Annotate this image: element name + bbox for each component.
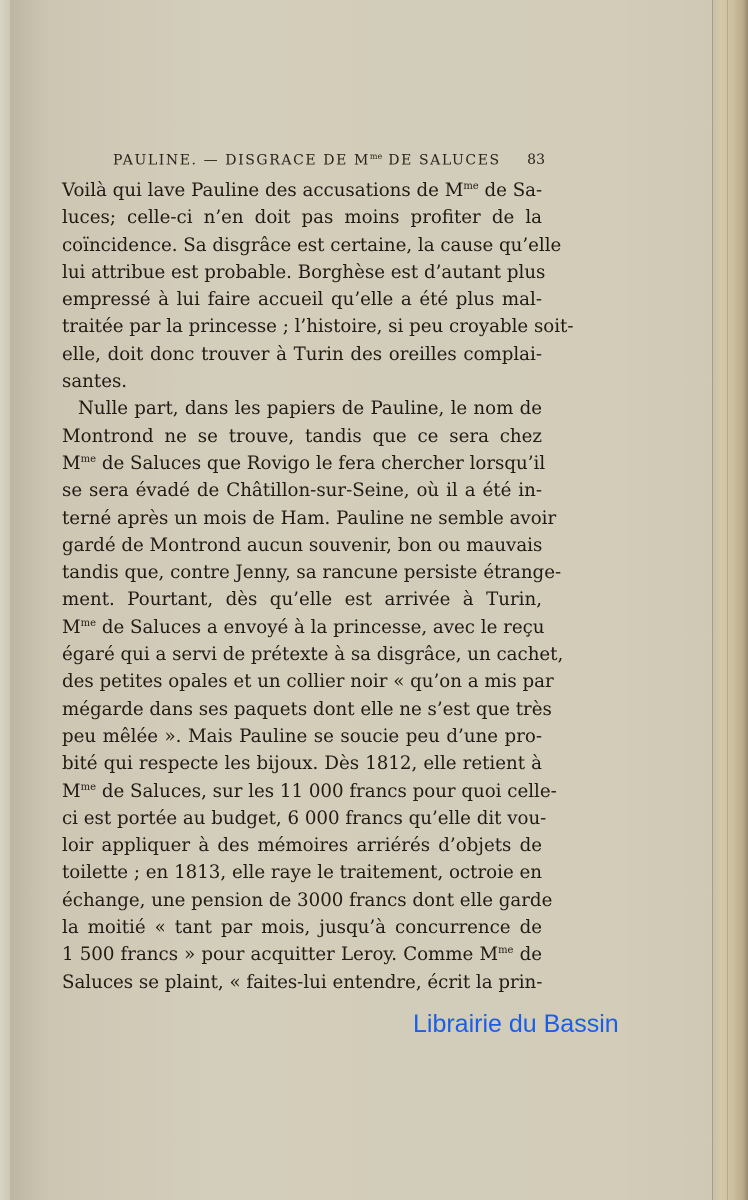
text-line: tandis que, contre Jenny, sa rancune per… [62,559,542,586]
text-line: Mme de Saluces, sur les 11 000 francs po… [62,778,542,805]
text-line: mégarde dans ses paquets dont elle ne s’… [62,696,542,723]
running-header: PAULINE. — DISGRACE DE Mme DE SALUCES 83 [113,152,545,169]
text-line: lui attribue est probable. Borghèse est … [62,259,542,286]
text-line: terné après un mois de Ham. Pauline ne s… [62,505,542,532]
body-text: Voilà qui lave Pauline des accusations d… [62,177,542,996]
text-line: Nulle part, dans les papiers de Pauline,… [62,395,542,422]
text-line: empressé à lui faire accueil qu’elle a é… [62,286,542,313]
text-line: ci est portée au budget, 6 000 francs qu… [62,805,542,832]
running-title: PAULINE. — DISGRACE DE Mme DE SALUCES [113,152,501,169]
text-line: Voilà qui lave Pauline des accusations d… [62,177,542,204]
text-line: luces; celle-ci n’en doit pas moins prof… [62,204,542,231]
page-edge-line [727,0,728,1200]
text-line: toilette ; en 1813, elle raye le traitem… [62,859,542,886]
text-line: bité qui respecte les bijoux. Dès 1812, … [62,750,542,777]
text-line: santes. [62,368,542,395]
text-line: Montrond ne se trouve, tandis que ce ser… [62,423,542,450]
text-line: la moitié « tant par mois, jusqu’à concu… [62,914,542,941]
watermark: Librairie du Bassin [413,1010,619,1039]
text-line: se sera évadé de Châtillon-sur-Seine, où… [62,477,542,504]
text-line: loir appliquer à des mémoires arriérés d… [62,832,542,859]
text-line: traitée par la princesse ; l’histoire, s… [62,313,542,340]
text-line: Mme de Saluces a envoyé à la princesse, … [62,614,542,641]
text-line: 1 500 francs » pour acquitter Leroy. Com… [62,941,542,968]
text-line: peu mêlée ». Mais Pauline se soucie peu … [62,723,542,750]
text-line: égaré qui a servi de prétexte à sa disgr… [62,641,542,668]
text-line: gardé de Montrond aucun souvenir, bon ou… [62,532,542,559]
text-line: ment. Pourtant, dès qu’elle est arrivée … [62,586,542,613]
text-line: Saluces se plaint, « faites-lui entendre… [62,969,542,996]
text-line: échange, une pension de 3000 francs dont… [62,887,542,914]
text-line: des petites opales et un collier noir « … [62,668,542,695]
text-line: coïncidence. Sa disgrâce est certaine, l… [62,232,542,259]
page-number: 83 [527,152,545,169]
text-line: elle, doit donc trouver à Turin des orei… [62,341,542,368]
page-edge-right [712,0,748,1200]
text-line: Mme de Saluces que Rovigo le fera cherch… [62,450,542,477]
